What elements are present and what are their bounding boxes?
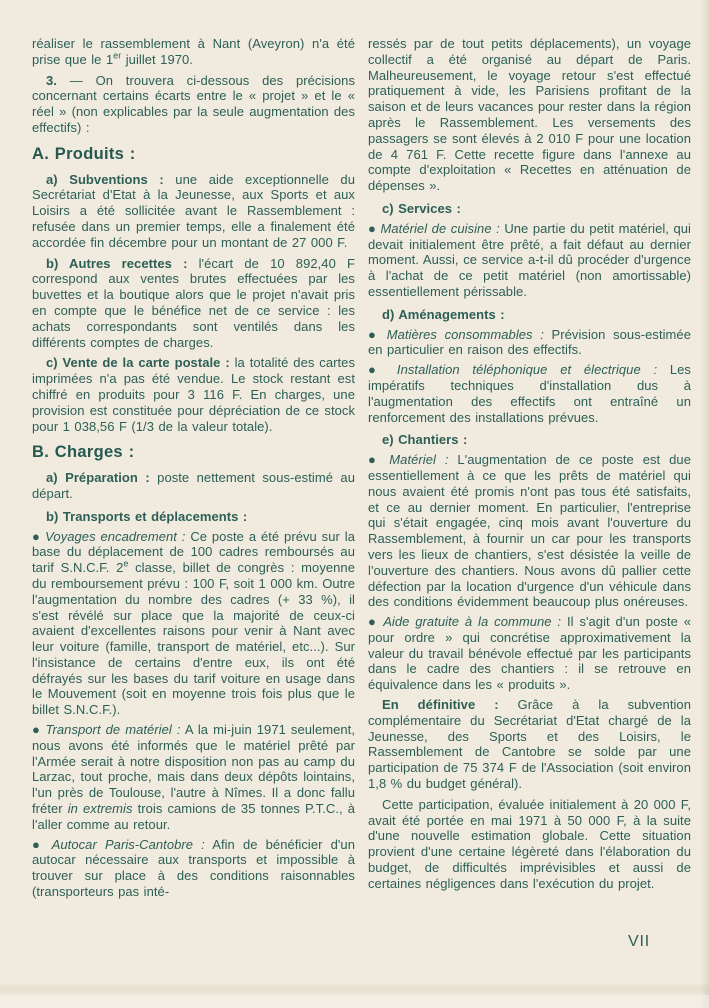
bullet-paragraph: ● Matériel : L'augmentation de ce poste … [368,452,691,610]
text-run: réaliser le rassemblement à Nant (Aveyro… [32,36,355,67]
bullet-paragraph: ● Matériel de cuisine : Une partie du pe… [368,221,691,300]
page-number: VII [580,933,650,951]
text-run: L'augmentation de ce poste est due essen… [368,452,691,609]
sub-heading: c) Services : [368,201,691,217]
text-run: a) Subventions : [46,172,164,187]
text-run: c) Vente de la carte postale : [46,355,230,370]
bullet-paragraph: ● Matières consommables : Prévision sous… [368,327,691,359]
text-run: Transport de matériel : [45,722,180,737]
text-run: b) Autres recettes : [46,256,187,271]
text-columns: réaliser le rassemblement à Nant (Aveyro… [32,36,691,904]
page: réaliser le rassemblement à Nant (Aveyro… [0,0,709,1008]
text-run: b) Transports et déplacements : [46,509,247,524]
paragraph: 3. — On trouvera ci-dessous des précisio… [32,73,355,136]
text-run: Matériel : [389,452,448,467]
text-run: Installation téléphonique et électrique … [397,362,657,377]
text-run: Matières consommables : [387,327,544,342]
text-run: ressés par de tout petits déplacements),… [368,36,691,193]
text-run: Cette participation, évaluée initialemen… [368,797,691,891]
paragraph: a) Subventions : une aide exceptionnelle… [32,172,355,251]
text-run: ● [368,327,387,342]
text-run: e) Chantiers : [382,432,467,447]
text-run: Autocar Paris-Cantobre : [52,837,205,852]
text-run: d) Aménagements : [382,307,505,322]
bullet-paragraph: ● Autocar Paris-Cantobre : Afin de bénéf… [32,837,355,900]
text-run: B. Charges : [32,443,134,461]
text-run: ● [368,452,389,467]
paragraph: c) Vente de la carte postale : la totali… [32,355,355,434]
sub-heading: e) Chantiers : [368,432,691,448]
paragraph: réaliser le rassemblement à Nant (Aveyro… [32,36,355,68]
scan-bottom-edge [0,995,709,1008]
text-run: c) Services : [382,201,461,216]
text-run: 3. [46,73,57,88]
sub-heading: d) Aménagements : [368,307,691,323]
text-run: juillet 1970. [121,52,193,67]
scan-edge-shading [700,0,709,1008]
text-run: ● [32,722,45,737]
paragraph: Cette participation, évaluée initialemen… [368,797,691,892]
paragraph: En définitive : Grâce à la subvention co… [368,697,691,792]
text-run: a) Préparation : [46,470,150,485]
text-run: in extremis [68,801,133,816]
text-run: ● [368,362,397,377]
text-run: Matériel de cuisine : [381,221,500,236]
bullet-paragraph: ● Transport de matériel : A la mi-juin 1… [32,722,355,833]
scan-bottom-band [0,984,709,995]
text-run: ● [368,614,383,629]
bullet-paragraph: ● Aide gratuite à la commune : Il s'agit… [368,614,691,693]
text-run: ● [32,837,52,852]
text-run: Aide gratuite à la commune : [383,614,561,629]
text-run: ● [368,221,381,236]
bullet-paragraph: ● Installation téléphonique et électriqu… [368,362,691,425]
text-run: — On trouvera ci-dessous des précisions … [32,73,355,135]
paragraph: b) Autres recettes : l'écart de 10 892,4… [32,256,355,351]
left-column: réaliser le rassemblement à Nant (Aveyro… [32,36,355,904]
bullet-paragraph: ● Voyages encadrement : Ce poste a été p… [32,529,355,719]
text-run: classe, billet de congrès : moyenne du r… [32,560,355,717]
sub-heading: b) Transports et déplacements : [32,509,355,525]
section-heading: B. Charges : [32,445,355,461]
text-run: En définitive : [382,697,499,712]
text-run: A. Produits : [32,145,136,163]
text-run: ● [32,529,45,544]
section-heading: A. Produits : [32,147,355,163]
text-run: Voyages encadrement : [45,529,185,544]
paragraph: a) Préparation : poste nettement sous-es… [32,470,355,502]
right-column: ressés par de tout petits déplacements),… [368,36,691,904]
paragraph: ressés par de tout petits déplacements),… [368,36,691,194]
